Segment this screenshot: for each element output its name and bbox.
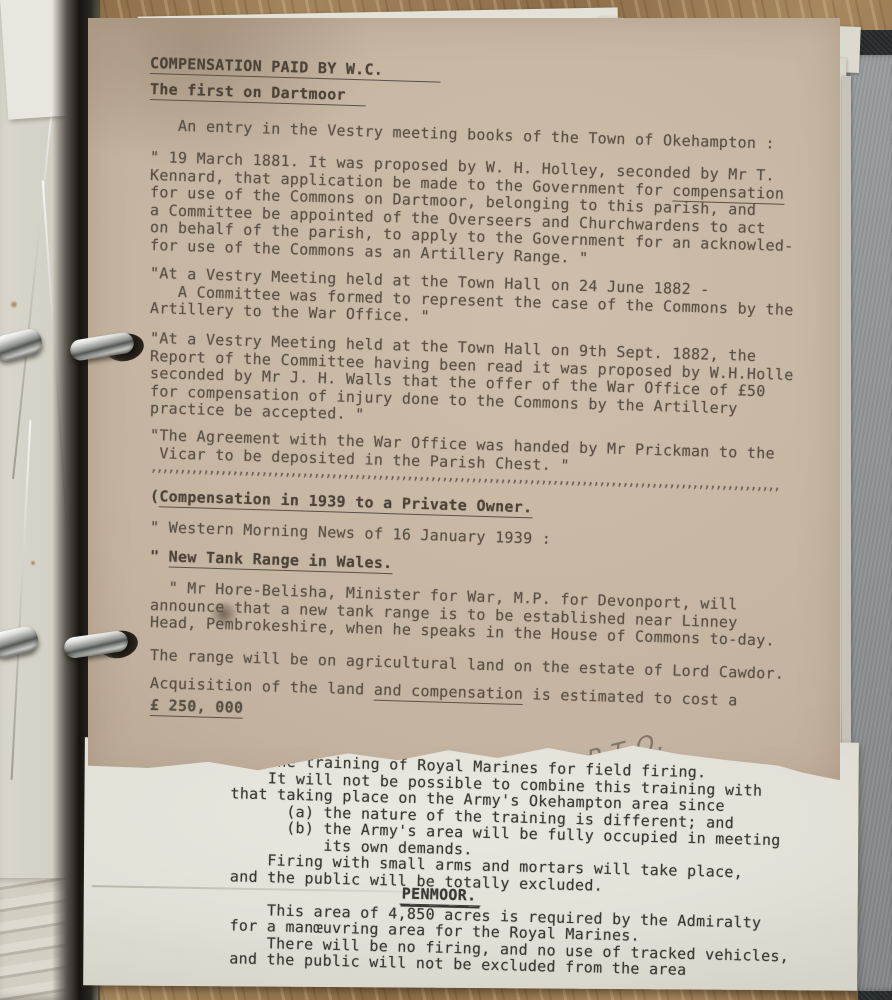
photo-archive-binder: { "palette":{ "wood":"#96754e","tan_page… — [0, 0, 892, 1000]
typed-page-bottom: for the training of Royal Marines for fi… — [83, 737, 859, 990]
typed-page-top: COMPENSATION PAID BY W.C. The first on D… — [88, 18, 840, 788]
paragraph-hore-belisha: " Mr Hore-Belisha, Minister for War, M.P… — [150, 579, 775, 632]
page1-text: COMPENSATION PAID BY W.C. The first on D… — [150, 18, 840, 788]
paragraph-1882-sept: "At a Vestry Meeting held at the Town Ha… — [150, 330, 794, 418]
section-heading-1939: (Compensation in 1939 to a Private Owner… — [150, 488, 533, 517]
paragraph-1882-june: "At a Vestry Meeting held at the Town Ha… — [150, 265, 794, 318]
paragraph-agreement: "The Agreement with the War Office was h… — [150, 427, 775, 462]
page-edge-right-inner — [842, 76, 851, 764]
page-title: COMPENSATION PAID BY W.C. — [150, 55, 442, 81]
news-source-line: " Western Morning News of 16 January 193… — [150, 519, 552, 548]
section-heading-dartmoor: The first on Dartmoor — [150, 81, 366, 105]
page2-text: for the training of Royal Marines for fi… — [229, 752, 850, 971]
intro-line: An entry in the Vestry meeting books of … — [150, 117, 775, 153]
paragraph-1881: " 19 March 1881. It was proposed by W. H… — [150, 149, 794, 255]
amount-figure: £ 250, 000 — [150, 697, 244, 717]
article-heading: " New Tank Range in Wales. — [150, 548, 393, 573]
